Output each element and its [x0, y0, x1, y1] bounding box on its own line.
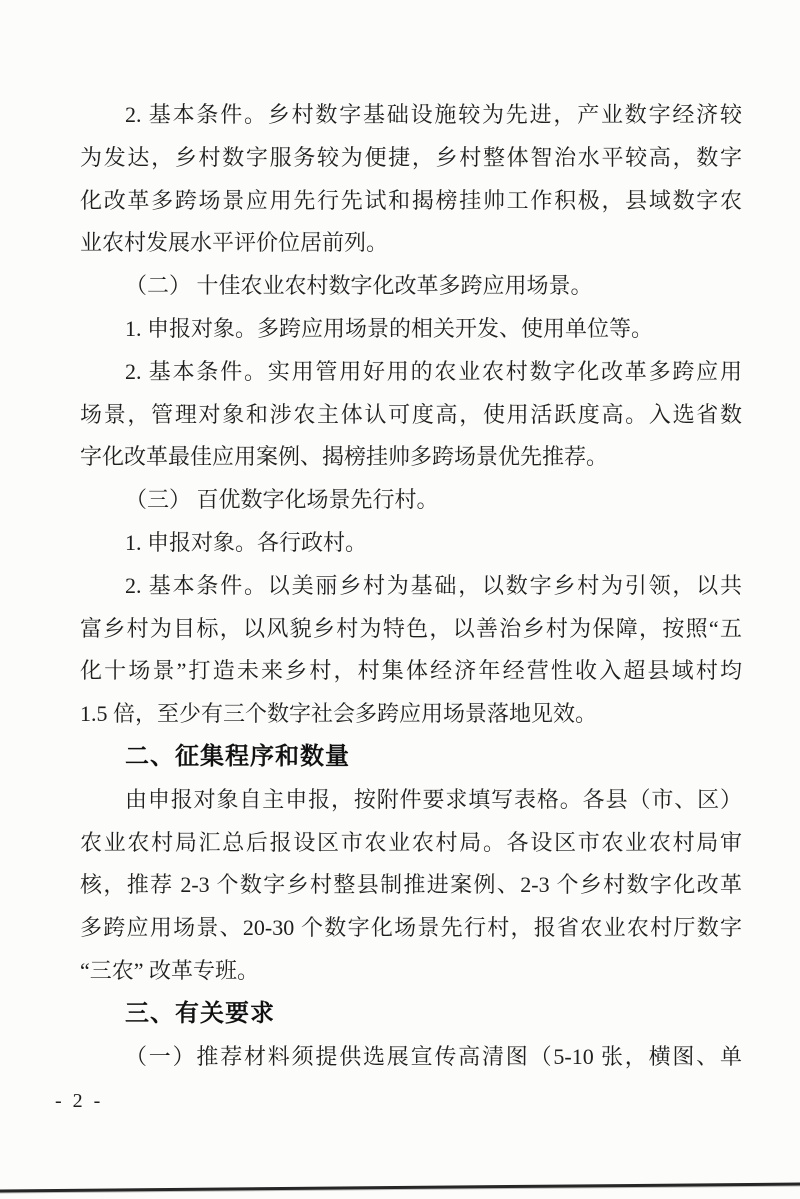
text-line: 富乡村为目标，以风貌乡村为特色，以善治乡村为保障，按照“五 — [80, 608, 742, 651]
document-body: 2. 基本条件。乡村数字基础设施较为先进，产业数字经济较为发达，乡村数字服务较为… — [80, 94, 742, 1078]
text-line: 1. 申报对象。各行政村。 — [80, 522, 742, 565]
section-heading: 二、征集程序和数量 — [80, 736, 742, 779]
document-page: 2. 基本条件。乡村数字基础设施较为先进，产业数字经济较为发达，乡村数字服务较为… — [0, 0, 800, 1199]
text-line: 业农村发展水平评价位居前列。 — [80, 222, 742, 265]
text-line: 字化改革最佳应用案例、揭榜挂帅多跨场景优先推荐。 — [80, 436, 742, 479]
text-line: 为发达，乡村数字服务较为便捷，乡村整体智治水平较高，数字 — [80, 137, 742, 180]
text-line: 多跨应用场景、20-30 个数字化场景先行村，报省农业农村厅数字 — [80, 907, 742, 950]
text-line: 1. 申报对象。多跨应用场景的相关开发、使用单位等。 — [80, 308, 742, 351]
page-bottom-scan-edge — [0, 1182, 800, 1192]
section-heading: 三、有关要求 — [80, 993, 742, 1036]
text-line: 场景，管理对象和涉农主体认可度高，使用活跃度高。入选省数 — [80, 394, 742, 437]
text-line: 化十场景”打造未来乡村，村集体经济年经营性收入超县域村均 — [80, 650, 742, 693]
text-line: 由申报对象自主申报，按附件要求填写表格。各县（市、区） — [80, 779, 742, 822]
text-line: “三农” 改革专班。 — [80, 950, 742, 993]
text-line: 2. 基本条件。实用管用好用的农业农村数字化改革多跨应用 — [80, 351, 742, 394]
text-line: 农业农村局汇总后报设区市农业农村局。各设区市农业农村局审 — [80, 822, 742, 865]
text-line: （一）推荐材料须提供选展宣传高清图（5-10 张，横图、单 — [80, 1036, 742, 1079]
text-line: 核，推荐 2-3 个数字乡村整县制推进案例、2-3 个乡村数字化改革 — [80, 864, 742, 907]
text-line: （二） 十佳农业农村数字化改革多跨应用场景。 — [80, 265, 742, 308]
text-line: 化改革多跨场景应用先行先试和揭榜挂帅工作积极，县域数字农 — [80, 180, 742, 223]
page-number: - 2 - — [55, 1090, 103, 1113]
text-line: 1.5 倍，至少有三个数字社会多跨应用场景落地见效。 — [80, 693, 742, 736]
text-line: （三） 百优数字化场景先行村。 — [80, 479, 742, 522]
text-line: 2. 基本条件。以美丽乡村为基础，以数字乡村为引领，以共 — [80, 565, 742, 608]
text-line: 2. 基本条件。乡村数字基础设施较为先进，产业数字经济较 — [80, 94, 742, 137]
